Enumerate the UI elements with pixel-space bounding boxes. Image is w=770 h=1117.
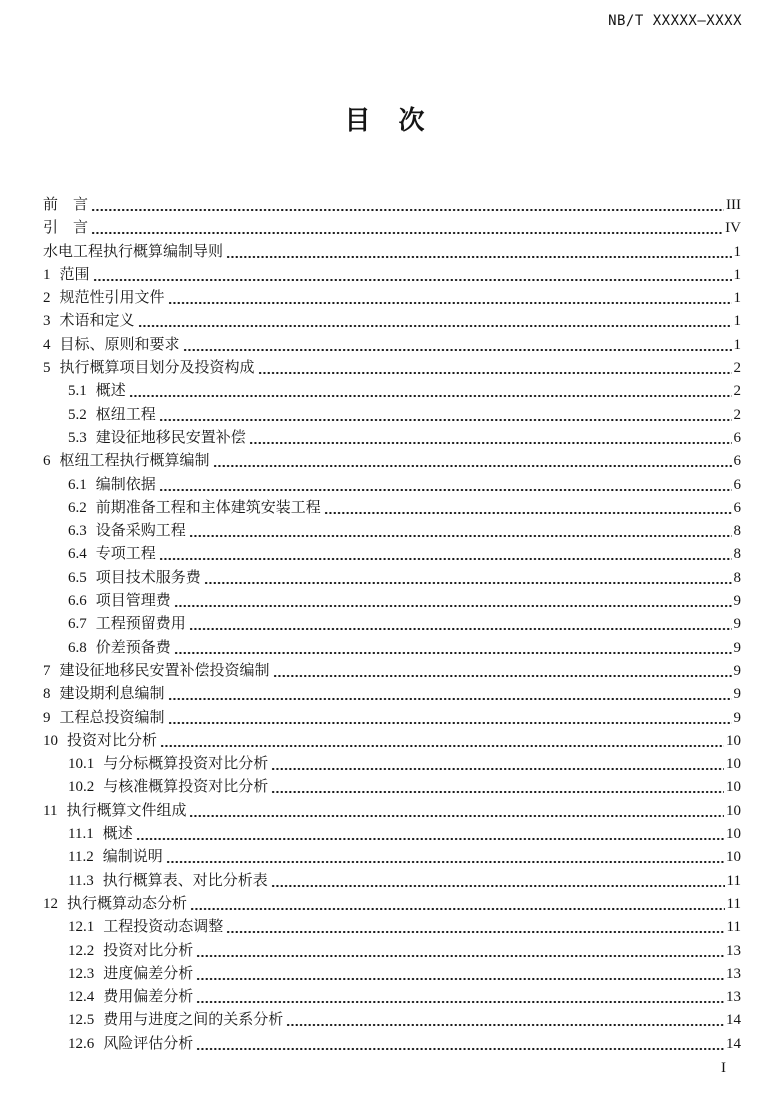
toc-entry-title: 价差预备费 — [96, 637, 171, 660]
toc-entry[interactable]: 12.2 投资对比分析 13 — [43, 940, 741, 963]
dot-leader — [174, 590, 732, 613]
toc-entry-number: 10.2 — [68, 776, 94, 799]
toc-entry-title: 与分标概算投资对比分析 — [103, 753, 268, 776]
toc-entry[interactable]: 5 执行概算项目划分及投资构成 2 — [43, 357, 741, 380]
toc-entry-title: 编制依据 — [96, 474, 156, 497]
toc-entry-page: 14 — [725, 1009, 741, 1032]
dot-leader — [129, 380, 732, 403]
toc-entry[interactable]: 12.3 进度偏差分析 13 — [43, 963, 741, 986]
dot-leader — [196, 1033, 724, 1056]
toc-entry-title: 投资对比分析 — [103, 940, 193, 963]
toc-entry-title: 费用与进度之间的关系分析 — [103, 1009, 283, 1032]
toc-entry-page: 8 — [733, 543, 742, 566]
toc-entry-title: 执行概算表、对比分析表 — [103, 870, 268, 893]
toc-entry-page: 10 — [725, 730, 741, 753]
toc-entry-title: 目标、原则和要求 — [60, 334, 180, 357]
toc-entry-page: 6 — [733, 474, 742, 497]
toc-entry-title: 费用偏差分析 — [103, 986, 193, 1009]
toc-entry-page: 8 — [733, 520, 742, 543]
toc-entry-page: 10 — [725, 800, 741, 823]
toc-entry-title: 建设期利息编制 — [60, 683, 165, 706]
toc-entry[interactable]: 6.1 编制依据 6 — [43, 474, 741, 497]
dot-leader — [226, 241, 731, 264]
toc-entry-number: 5.1 — [68, 380, 87, 403]
toc-entry-title: 规范性引用文件 — [60, 287, 165, 310]
toc-entry[interactable]: 11.2 编制说明 10 — [43, 846, 741, 869]
toc-entry-page: 11 — [726, 870, 741, 893]
toc-entry-page: 2 — [733, 404, 742, 427]
toc-entry[interactable]: 8 建设期利息编制 9 — [43, 683, 741, 706]
toc-entry-number: 4 — [43, 334, 51, 357]
toc-entry-number: 12.1 — [68, 916, 94, 939]
page-title: 目 次 — [0, 100, 770, 137]
toc-entry-page: 10 — [725, 846, 741, 869]
toc-entry-page: 11 — [726, 893, 741, 916]
toc-entry[interactable]: 12 执行概算动态分析 11 — [43, 893, 741, 916]
toc-entry-page: IV — [724, 217, 741, 240]
dot-leader — [196, 940, 724, 963]
toc-entry-title: 概述 — [96, 380, 126, 403]
toc-entry[interactable]: 引 言 IV — [43, 217, 741, 240]
toc-entry[interactable]: 3 术语和定义 1 — [43, 310, 741, 333]
toc-entry[interactable]: 6.3 设备采购工程 8 — [43, 520, 741, 543]
dot-leader — [189, 520, 732, 543]
dot-leader — [168, 683, 732, 706]
toc-entry-number: 3 — [43, 310, 51, 333]
toc-entry-number: 12.3 — [68, 963, 94, 986]
toc-entry-title: 执行概算动态分析 — [67, 893, 187, 916]
toc-entry-title: 术语和定义 — [60, 310, 135, 333]
toc-entry-number: 8 — [43, 683, 51, 706]
toc-entry-page: 1 — [733, 334, 742, 357]
toc-entry-page: 6 — [733, 427, 742, 450]
toc-entry-page: 13 — [725, 986, 741, 1009]
toc-entry-number: 6.5 — [68, 567, 87, 590]
standard-number-header: NB/T XXXXX—XXXX — [608, 13, 742, 29]
dot-leader — [160, 730, 724, 753]
toc-entry[interactable]: 12.4 费用偏差分析 13 — [43, 986, 741, 1009]
dot-leader — [249, 427, 732, 450]
toc-entry-page: 9 — [733, 660, 742, 683]
toc-entry-page: 9 — [733, 637, 742, 660]
toc-entry-page: 2 — [733, 357, 742, 380]
dot-leader — [159, 474, 732, 497]
toc-entry[interactable]: 12.1 工程投资动态调整 11 — [43, 916, 741, 939]
toc-entry[interactable]: 1 范围 1 — [43, 264, 741, 287]
toc-entry-title: 投资对比分析 — [67, 730, 157, 753]
toc-entry-number: 6.6 — [68, 590, 87, 613]
toc-entry-number: 5.2 — [68, 404, 87, 427]
toc-entry-number: 1 — [43, 264, 51, 287]
toc-entry-page: 1 — [733, 310, 742, 333]
toc-entry-number: 6.2 — [68, 497, 87, 520]
toc-list: 前 言 III 引 言 IV 水电工程执行概算编制导则 1 1 范围 1 2 规… — [43, 194, 741, 1056]
toc-entry[interactable]: 10 投资对比分析 10 — [43, 730, 741, 753]
toc-entry[interactable]: 前 言 III — [43, 194, 741, 217]
dot-leader — [183, 334, 732, 357]
toc-entry-page: III — [725, 194, 741, 217]
dot-leader — [271, 753, 724, 776]
toc-entry-number: 7 — [43, 660, 51, 683]
toc-entry-number: 12.2 — [68, 940, 94, 963]
toc-entry-number: 10.1 — [68, 753, 94, 776]
toc-entry[interactable]: 10.2 与核准概算投资对比分析 10 — [43, 776, 741, 799]
toc-entry-title: 建设征地移民安置补偿投资编制 — [60, 660, 270, 683]
toc-entry-page: 9 — [733, 707, 742, 730]
toc-entry[interactable]: 12.6 风险评估分析 14 — [43, 1033, 741, 1056]
dot-leader — [91, 194, 724, 217]
toc-entry-number: 2 — [43, 287, 51, 310]
toc-entry-title: 范围 — [60, 264, 90, 287]
dot-leader — [324, 497, 732, 520]
toc-entry-page: 14 — [725, 1033, 741, 1056]
document-page: NB/T XXXXX—XXXX 目 次 前 言 III 引 言 IV 水电工程执… — [0, 0, 770, 1117]
toc-entry[interactable]: 6.8 价差预备费 9 — [43, 637, 741, 660]
dot-leader — [286, 1009, 724, 1032]
toc-entry-page: 9 — [733, 683, 742, 706]
dot-leader — [159, 404, 732, 427]
toc-entry-page: 2 — [733, 380, 742, 403]
dot-leader — [196, 986, 724, 1009]
dot-leader — [138, 310, 732, 333]
toc-entry[interactable]: 10.1 与分标概算投资对比分析 10 — [43, 753, 741, 776]
toc-entry-page: 1 — [733, 241, 742, 264]
toc-entry-title: 工程总投资编制 — [60, 707, 165, 730]
toc-entry-title: 项目管理费 — [96, 590, 171, 613]
dot-leader — [226, 916, 724, 939]
dot-leader — [91, 217, 723, 240]
dot-leader — [166, 846, 724, 869]
toc-entry-title: 专项工程 — [96, 543, 156, 566]
toc-entry-title: 执行概算文件组成 — [66, 800, 186, 823]
toc-entry-title: 枢纽工程执行概算编制 — [60, 450, 210, 473]
dot-leader — [204, 567, 732, 590]
toc-entry-page: 9 — [733, 590, 742, 613]
toc-entry[interactable]: 11 执行概算文件组成 10 — [43, 800, 741, 823]
toc-entry-number: 11.1 — [68, 823, 94, 846]
toc-entry-title: 枢纽工程 — [96, 404, 156, 427]
dot-leader — [168, 707, 732, 730]
toc-entry-page: 13 — [725, 940, 741, 963]
toc-entry-number: 6.1 — [68, 474, 87, 497]
toc-entry-number: 6.3 — [68, 520, 87, 543]
toc-entry-title: 设备采购工程 — [96, 520, 186, 543]
toc-entry[interactable]: 2 规范性引用文件 1 — [43, 287, 741, 310]
toc-entry[interactable]: 12.5 费用与进度之间的关系分析 14 — [43, 1009, 741, 1032]
toc-entry-number: 6.4 — [68, 543, 87, 566]
dot-leader — [136, 823, 724, 846]
dot-leader — [271, 776, 724, 799]
toc-entry-number: 12.6 — [68, 1033, 94, 1056]
toc-entry-title: 引 言 — [43, 217, 88, 240]
toc-entry-number: 11 — [43, 800, 57, 823]
toc-entry-number: 10 — [43, 730, 58, 753]
toc-entry-title: 工程投资动态调整 — [103, 916, 223, 939]
toc-entry-page: 6 — [733, 450, 742, 473]
toc-entry-number: 5 — [43, 357, 51, 380]
toc-entry-number: 12.4 — [68, 986, 94, 1009]
dot-leader — [93, 264, 732, 287]
toc-entry[interactable]: 水电工程执行概算编制导则 1 — [43, 241, 741, 264]
toc-entry-number: 6.7 — [68, 613, 87, 636]
toc-entry-title: 前 言 — [43, 194, 88, 217]
toc-entry-page: 13 — [725, 963, 741, 986]
toc-entry-number: 12 — [43, 893, 58, 916]
toc-entry-number: 6 — [43, 450, 51, 473]
toc-entry-title: 建设征地移民安置补偿 — [96, 427, 246, 450]
dot-leader — [271, 870, 725, 893]
dot-leader — [190, 893, 725, 916]
toc-entry[interactable]: 6.5 项目技术服务费 8 — [43, 567, 741, 590]
dot-leader — [168, 287, 732, 310]
toc-entry-title: 水电工程执行概算编制导则 — [43, 241, 223, 264]
toc-entry-title: 进度偏差分析 — [103, 963, 193, 986]
dot-leader — [196, 963, 724, 986]
dot-leader — [189, 800, 724, 823]
dot-leader — [159, 543, 732, 566]
toc-entry[interactable]: 6.4 专项工程 8 — [43, 543, 741, 566]
toc-entry-page: 1 — [733, 264, 742, 287]
toc-entry-title: 执行概算项目划分及投资构成 — [60, 357, 255, 380]
toc-entry-page: 9 — [733, 613, 742, 636]
toc-entry[interactable]: 6.6 项目管理费 9 — [43, 590, 741, 613]
dot-leader — [189, 613, 732, 636]
toc-entry[interactable]: 6 枢纽工程执行概算编制 6 — [43, 450, 741, 473]
toc-entry[interactable]: 6.7 工程预留费用 9 — [43, 613, 741, 636]
toc-entry-title: 风险评估分析 — [103, 1033, 193, 1056]
toc-entry-number: 11.2 — [68, 846, 94, 869]
toc-entry[interactable]: 5.1 概述 2 — [43, 380, 741, 403]
toc-entry-title: 前期准备工程和主体建筑安装工程 — [96, 497, 321, 520]
toc-entry-page: 11 — [726, 916, 741, 939]
toc-entry-page: 10 — [725, 753, 741, 776]
toc-entry[interactable]: 4 目标、原则和要求 1 — [43, 334, 741, 357]
toc-entry-page: 6 — [733, 497, 742, 520]
toc-entry[interactable]: 11.1 概述 10 — [43, 823, 741, 846]
toc-entry-page: 8 — [733, 567, 742, 590]
dot-leader — [273, 660, 732, 683]
toc-entry[interactable]: 5.3 建设征地移民安置补偿 6 — [43, 427, 741, 450]
toc-entry-number: 9 — [43, 707, 51, 730]
toc-entry-number: 11.3 — [68, 870, 94, 893]
toc-entry-title: 概述 — [103, 823, 133, 846]
dot-leader — [258, 357, 732, 380]
toc-entry[interactable]: 9 工程总投资编制 9 — [43, 707, 741, 730]
toc-entry[interactable]: 11.3 执行概算表、对比分析表 11 — [43, 870, 741, 893]
toc-entry-page: 1 — [733, 287, 742, 310]
page-footer-number: I — [721, 1060, 726, 1077]
toc-entry-number: 12.5 — [68, 1009, 94, 1032]
toc-entry[interactable]: 7 建设征地移民安置补偿投资编制 9 — [43, 660, 741, 683]
toc-entry[interactable]: 6.2 前期准备工程和主体建筑安装工程 6 — [43, 497, 741, 520]
toc-entry-title: 项目技术服务费 — [96, 567, 201, 590]
toc-entry-number: 5.3 — [68, 427, 87, 450]
toc-entry-title: 编制说明 — [103, 846, 163, 869]
toc-entry[interactable]: 5.2 枢纽工程 2 — [43, 404, 741, 427]
dot-leader — [213, 450, 732, 473]
toc-entry-title: 与核准概算投资对比分析 — [103, 776, 268, 799]
toc-entry-page: 10 — [725, 776, 741, 799]
dot-leader — [174, 637, 732, 660]
toc-entry-title: 工程预留费用 — [96, 613, 186, 636]
toc-entry-number: 6.8 — [68, 637, 87, 660]
toc-entry-page: 10 — [725, 823, 741, 846]
